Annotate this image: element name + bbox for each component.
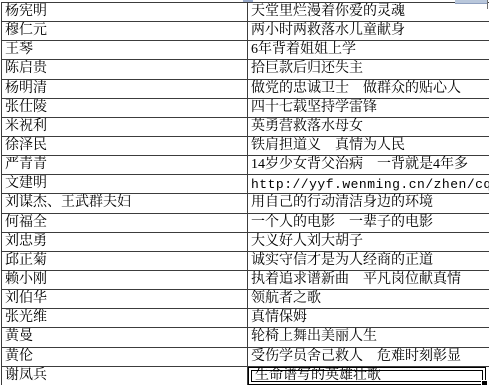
deed-text: 一个人的电影 一辈子的电影	[251, 216, 433, 230]
table-row: 赖小刚 执着追求谱新曲 平凡岗位献真情	[2, 271, 489, 290]
name-cell[interactable]: 张光维	[2, 309, 248, 327]
deed-cell[interactable]: 天堂里烂漫着你爱的灵魂	[248, 3, 489, 21]
deed-cell[interactable]: 英勇营救落水母女	[248, 118, 489, 136]
table-row: 何福全 一个人的电影 一辈子的电影	[2, 214, 489, 233]
table-row: 徐泽民 铁肩担道义 真情为人民	[2, 137, 489, 156]
name-cell[interactable]: 杨明清	[2, 80, 248, 98]
deed-cell[interactable]: 做党的忠诚卫士 做群众的贴心人	[248, 80, 489, 98]
deed-cell[interactable]: 两小时两救落水儿童献身	[248, 22, 489, 40]
deed-text: 受伤学员舍己救人 危难时刻彰显	[251, 350, 461, 364]
name-cell[interactable]: 陈启贵	[2, 60, 248, 78]
table-row: 黄伦 受伤学员舍己救人 危难时刻彰显	[2, 348, 489, 367]
name-cell[interactable]: 米祝利	[2, 118, 248, 136]
deed-cell[interactable]: http://yyf.wenming.cn/zhen/cq	[248, 175, 489, 193]
deed-cell[interactable]: 四十七载坚持学雷锋	[248, 99, 489, 117]
table-row: 王琴 6年背着姐姐上学	[2, 41, 489, 60]
name-cell[interactable]: 刘伯华	[2, 290, 248, 308]
deed-cell[interactable]: 用自己的行动清洁身边的环境	[248, 194, 489, 212]
deed-cell[interactable]: 14岁少女背父治病 一背就是4年多	[248, 156, 489, 174]
deed-text: 执着追求谱新曲 平凡岗位献真情	[251, 273, 461, 287]
name-cell[interactable]: 文建明	[2, 175, 248, 193]
name-cell[interactable]: 穆仁元	[2, 22, 248, 40]
table-row: 严青青 14岁少女背父治病 一背就是4年多	[2, 156, 489, 175]
deed-text: 大义好人刘大胡子	[251, 235, 363, 249]
deed-cell[interactable]: 诚实守信才是为人经商的正道	[248, 252, 489, 270]
deed-text: 做党的忠诚卫士 做群众的贴心人	[251, 82, 461, 96]
name-cell[interactable]: 何福全	[2, 214, 248, 232]
name-cell[interactable]: 赖小刚	[2, 271, 248, 289]
deed-text: 轮椅上舞出美丽人生	[251, 330, 377, 344]
deed-cell[interactable]: 铁肩担道义 真情为人民	[248, 137, 489, 155]
deed-text: 拾巨款后归还失主	[251, 62, 363, 76]
table-row: 穆仁元 两小时两救落水儿童献身	[2, 22, 489, 41]
deed-text: 用自己的行动清洁身边的环境	[251, 196, 433, 210]
deed-cell[interactable]: 一个人的电影 一辈子的电影	[248, 214, 489, 232]
table-row: 刘伯华 领航者之歌	[2, 290, 489, 309]
name-cell[interactable]: 谢凤兵	[2, 367, 248, 385]
table-row: 张光维 真情保姆	[2, 309, 489, 328]
deed-text: 铁肩担道义 真情为人民	[251, 139, 405, 153]
name-cell[interactable]: 严青青	[2, 156, 248, 174]
table-row: 邱正菊 诚实守信才是为人经商的正道	[2, 252, 489, 271]
name-cell[interactable]: 王琴	[2, 41, 248, 59]
deed-text: http://yyf.wenming.cn/zhen/cq	[251, 178, 489, 191]
table-row: 黄曼 轮椅上舞出美丽人生	[2, 328, 489, 347]
deed-cell[interactable]: 执着追求谱新曲 平凡岗位献真情	[248, 271, 489, 289]
deed-text: 生命谱写的英雄壮歌	[255, 369, 381, 383]
table-row: 杨宪明 天堂里烂漫着你爱的灵魂	[2, 3, 489, 22]
top-edge-artifact-line	[487, 0, 488, 9]
name-cell[interactable]: 张仕陵	[2, 99, 248, 117]
name-cell[interactable]: 杨宪明	[2, 3, 248, 21]
deed-cell[interactable]: 领航者之歌	[248, 290, 489, 308]
table-row: 刘谋杰、王武群夫妇 用自己的行动清洁身边的环境	[2, 194, 489, 213]
table-row: 米祝利 英勇营救落水母女	[2, 118, 489, 137]
deed-cell[interactable]: 生命谱写的英雄壮歌	[248, 367, 486, 385]
deed-text: 天堂里烂漫着你爱的灵魂	[251, 5, 405, 19]
deed-cell[interactable]: 大义好人刘大胡子	[248, 233, 489, 251]
deed-text: 真情保姆	[251, 311, 307, 325]
name-cell[interactable]: 黄伦	[2, 348, 248, 366]
deed-text: 英勇营救落水母女	[251, 120, 363, 134]
deed-text: 6年背着姐姐上学	[251, 43, 356, 57]
name-cell[interactable]: 徐泽民	[2, 137, 248, 155]
table-row: 杨明清 做党的忠诚卫士 做群众的贴心人	[2, 80, 489, 99]
top-edge-artifact-left	[243, 0, 253, 2]
deed-text: 14岁少女背父治病 一背就是4年多	[251, 158, 468, 172]
selection-fill-handle[interactable]	[481, 380, 487, 385]
name-cell[interactable]: 刘谋杰、王武群夫妇	[2, 194, 248, 212]
editor-canvas: 杨宪明 天堂里烂漫着你爱的灵魂 穆仁元 两小时两救落水儿童献身 王琴 6年背着姐…	[0, 0, 489, 385]
deed-cell[interactable]: 拾巨款后归还失主	[248, 60, 489, 78]
deed-cell[interactable]: 受伤学员舍己救人 危难时刻彰显	[248, 348, 489, 366]
deed-text: 四十七载坚持学雷锋	[251, 101, 377, 115]
name-cell[interactable]: 黄曼	[2, 328, 248, 346]
table-row: 陈启贵 拾巨款后归还失主	[2, 60, 489, 79]
deed-cell[interactable]: 真情保姆	[248, 309, 489, 327]
deed-text: 两小时两救落水儿童献身	[251, 24, 405, 38]
top-edge-artifact-right	[455, 0, 488, 4]
table-row: 谢凤兵 生命谱写的英雄壮歌	[2, 367, 489, 385]
deed-text: 诚实守信才是为人经商的正道	[251, 254, 433, 268]
deed-text: 领航者之歌	[251, 292, 321, 306]
table-row: 文建明 http://yyf.wenming.cn/zhen/cq	[2, 175, 489, 194]
table-row: 张仕陵 四十七载坚持学雷锋	[2, 99, 489, 118]
name-cell[interactable]: 刘忠勇	[2, 233, 248, 251]
deed-cell[interactable]: 轮椅上舞出美丽人生	[248, 328, 489, 346]
name-cell[interactable]: 邱正菊	[2, 252, 248, 270]
table-row: 刘忠勇 大义好人刘大胡子	[2, 233, 489, 252]
people-deeds-table: 杨宪明 天堂里烂漫着你爱的灵魂 穆仁元 两小时两救落水儿童献身 王琴 6年背着姐…	[1, 2, 489, 385]
deed-cell[interactable]: 6年背着姐姐上学	[248, 41, 489, 59]
